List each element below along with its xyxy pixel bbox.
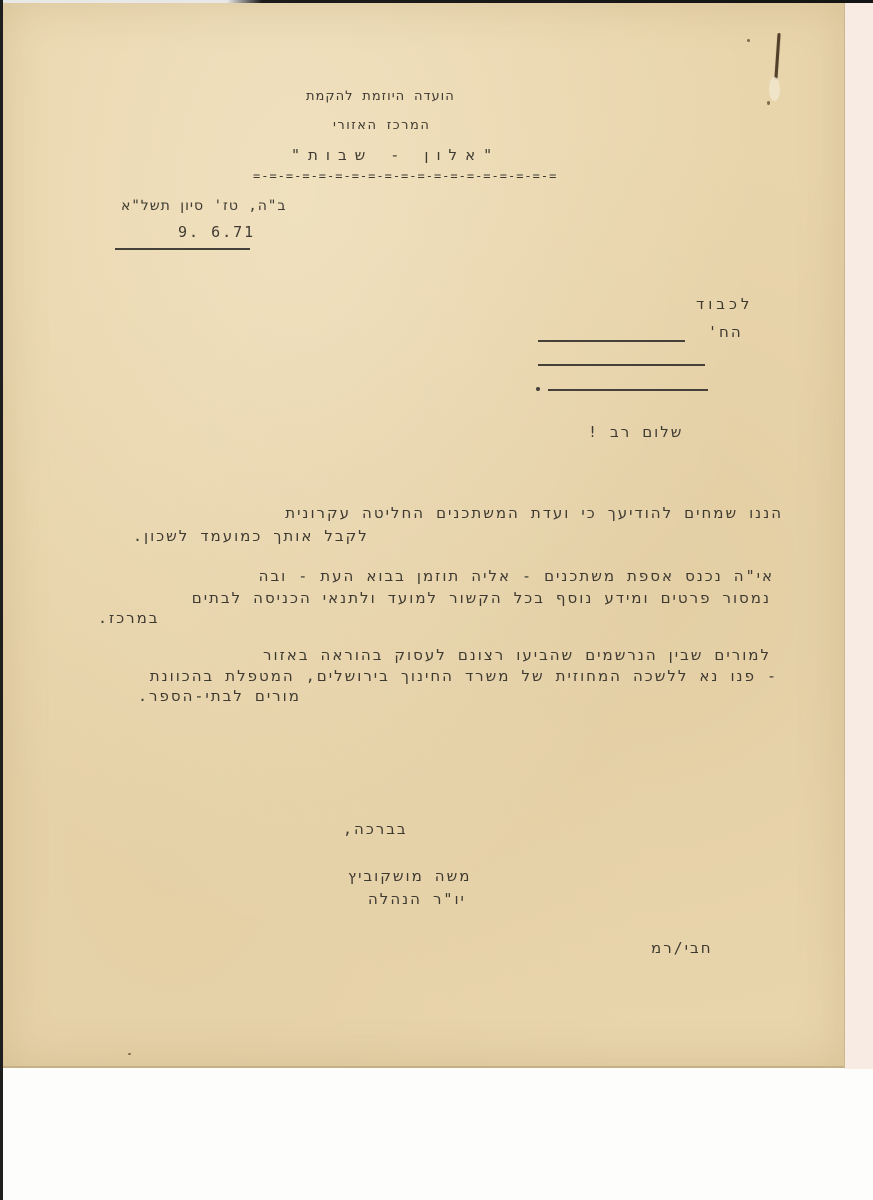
closing-salutation: בברכה, (343, 820, 408, 838)
addressee-blank-line-3 (548, 389, 708, 391)
paragraph-2-line-3: במרכז. (98, 609, 159, 627)
signer-title: יו"ר הנהלה (368, 890, 466, 908)
paragraph-3-line-3: מורים לבתי-הספר. (138, 687, 301, 705)
addressee-honorific: הח' (708, 323, 743, 341)
addressee-line-3-dot (536, 387, 540, 391)
date-underline (115, 248, 250, 250)
letter-paper: הועדה היוזמת להקמת המרכז האזורי "אלון - … (3, 3, 845, 1068)
paper-speck (767, 101, 770, 105)
paragraph-2-line-1: אי"ה נכנס אספת משתכנים - אליה תוזמן בבוא… (259, 567, 774, 585)
paper-speck (128, 1053, 131, 1055)
paragraph-2-line-2: נמסור פרטים ומידע נוסף בכל הקשור למועד ו… (192, 589, 771, 607)
letterhead-separator: =-=-=-=-=-=-=-=-=-=-=-=-=-=-=-=-=-=-= (253, 169, 557, 183)
staple-mark-icon (774, 33, 780, 79)
civil-date: 9. 6.71 (178, 223, 255, 241)
typist-reference: חבי/רמ (651, 939, 713, 957)
paragraph-3-line-2: - פנו נא ללשכה המחוזית של משרד החינוך בי… (150, 667, 778, 685)
addressee-blank-line-1 (538, 340, 685, 342)
paragraph-1-line-2: לקבל אותך כמועמד לשכון. (133, 527, 369, 545)
paragraph-3-line-1: למורים שבין הנרשמים שהביעו רצונם לעסוק ב… (263, 646, 771, 664)
scanner-right-margin (845, 0, 873, 1069)
signer-name: משה מושקוביץ (348, 867, 471, 885)
greeting: שלום רב ! (588, 423, 683, 441)
letterhead-center-line: המרכז האזורי (333, 118, 430, 133)
letterhead-name-line: "אלון - שבות" (291, 146, 500, 164)
paper-speck (747, 39, 750, 42)
addressee-to-label: לכבוד (696, 295, 753, 313)
addressee-blank-line-2 (538, 364, 705, 366)
paragraph-1-line-1: הננו שמחים להודיעך כי ועדת המשתכנים החלי… (285, 504, 783, 522)
hebrew-date: ב"ה, טז' סיון תשל"א (121, 198, 286, 214)
staple-impression (769, 77, 780, 101)
letterhead-committee-line: הועדה היוזמת להקמת (306, 89, 455, 104)
